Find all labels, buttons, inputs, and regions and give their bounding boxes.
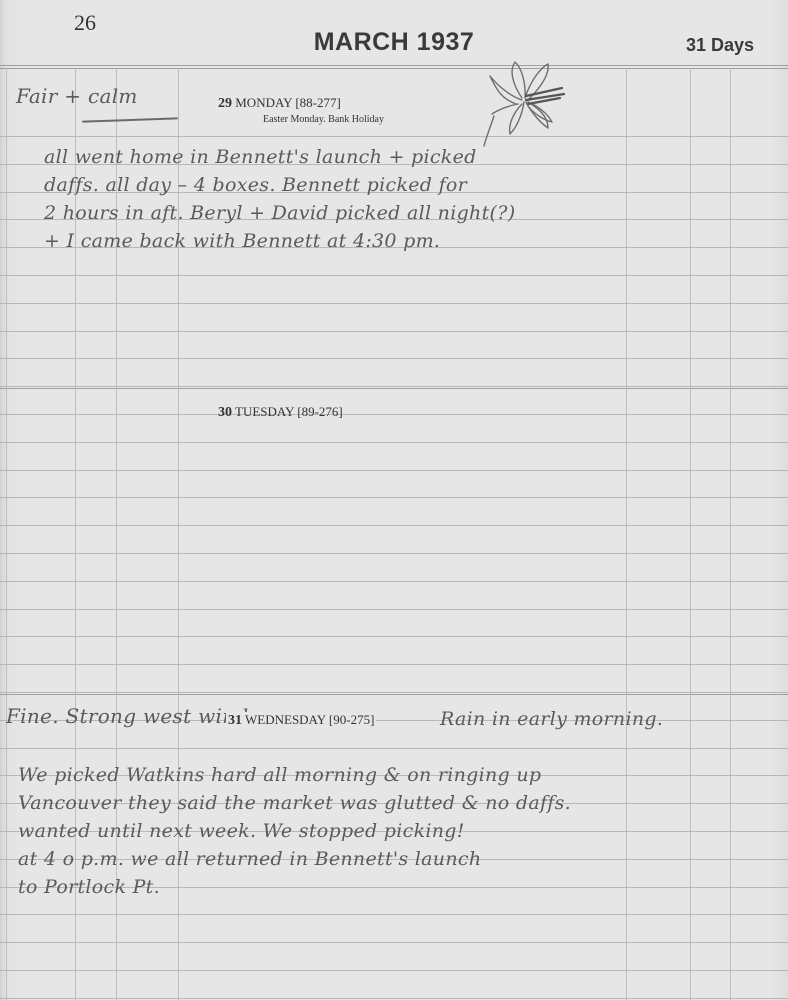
ruled-line bbox=[0, 331, 788, 332]
holiday-note: Easter Monday. Bank Holiday bbox=[263, 114, 384, 125]
ruled-line bbox=[0, 358, 788, 359]
ruled-line bbox=[0, 275, 788, 276]
column-line bbox=[626, 68, 627, 1000]
entry-29-line-1: all went home in Bennett's launch + pick… bbox=[44, 146, 477, 168]
day-header-31: 31 WEDNESDAY [90-275] bbox=[226, 712, 376, 729]
day-header-29: 29 MONDAY [88-277] bbox=[218, 95, 341, 112]
entry-31-line-5: to Portlock Pt. bbox=[18, 876, 160, 898]
entry-29-line-3: 2 hours in aft. Beryl + David picked all… bbox=[44, 202, 515, 224]
entry-31-line-1: We picked Watkins hard all morning & on … bbox=[18, 764, 541, 786]
day-number: 31 bbox=[228, 713, 242, 728]
day-label: MONDAY [88-277] bbox=[235, 95, 341, 110]
ruled-line bbox=[0, 525, 788, 526]
ruled-line bbox=[0, 497, 788, 498]
day-label: WEDNESDAY [90-275] bbox=[245, 712, 374, 727]
day-number: 29 bbox=[218, 96, 232, 111]
diary-page: 26 MARCH 1937 31 Days Fair + calm 29 MON… bbox=[0, 0, 788, 1000]
header-rule bbox=[0, 65, 788, 66]
day-label: TUESDAY [89-276] bbox=[235, 404, 343, 419]
ruled-line bbox=[0, 386, 788, 387]
ruled-line bbox=[0, 136, 788, 137]
ruled-line bbox=[0, 553, 788, 554]
margin-line bbox=[6, 68, 7, 1000]
weather-note-31-left: Fine. Strong west wind. bbox=[6, 704, 255, 728]
ruled-line bbox=[0, 970, 788, 971]
header-rule-2 bbox=[0, 68, 788, 69]
day-header-30: 30 TUESDAY [89-276] bbox=[218, 404, 343, 421]
column-line bbox=[690, 68, 691, 1000]
day-number: 30 bbox=[218, 405, 232, 420]
days-count: 31 Days bbox=[686, 35, 754, 56]
ruled-line bbox=[0, 998, 788, 999]
ruled-line bbox=[0, 636, 788, 637]
ruled-line bbox=[0, 414, 788, 415]
entry-31-line-2: Vancouver they said the market was glutt… bbox=[18, 792, 571, 814]
month-title: MARCH 1937 bbox=[0, 28, 788, 57]
ruled-line bbox=[0, 914, 788, 915]
day-separator bbox=[0, 694, 788, 695]
ruled-line bbox=[0, 303, 788, 304]
underline-stroke bbox=[82, 117, 178, 122]
ruled-line bbox=[0, 692, 788, 693]
ruled-line bbox=[0, 581, 788, 582]
weather-note-29: Fair + calm bbox=[16, 84, 138, 108]
weather-note-31-right: Rain in early morning. bbox=[440, 708, 663, 730]
ruled-line bbox=[0, 942, 788, 943]
ruled-line bbox=[0, 664, 788, 665]
entry-31-line-3: wanted until next week. We stopped picki… bbox=[18, 820, 465, 842]
entry-29-line-2: daffs. all day – 4 boxes. Bennett picked… bbox=[44, 174, 467, 196]
ruled-line bbox=[0, 609, 788, 610]
ruled-line bbox=[0, 470, 788, 471]
day-separator bbox=[0, 388, 788, 389]
entry-31-line-4: at 4 o p.m. we all returned in Bennett's… bbox=[18, 848, 481, 870]
ruled-line bbox=[0, 442, 788, 443]
ruled-line bbox=[0, 748, 788, 749]
column-line bbox=[730, 68, 731, 1000]
daffodil-sketch-icon bbox=[470, 58, 580, 148]
entry-29-line-4: + I came back with Bennett at 4:30 pm. bbox=[44, 230, 440, 252]
